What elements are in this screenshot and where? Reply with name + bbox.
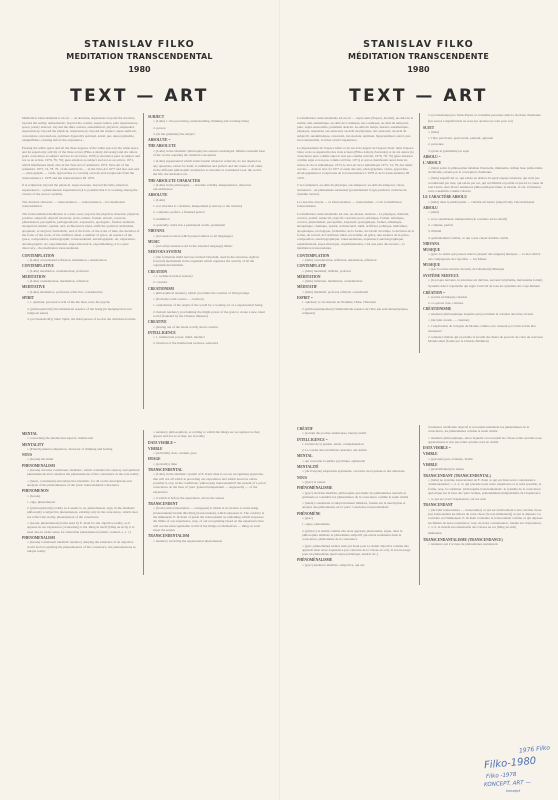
- english-bottom-col2: = tendency philosophical, according to w…: [148, 430, 266, 545]
- glossary-definition: 2. ce qui est créé, créature: [423, 301, 545, 305]
- glossary-definition: = (sortant des poches antérieures, laten…: [297, 431, 415, 435]
- paragraph: The absolute character — transcendence —…: [22, 200, 140, 209]
- glossary-definition: = 1. technical term (creation): [148, 274, 266, 278]
- glossary-list: CONTEMPLATION= (latin) concentration, ré…: [297, 254, 415, 316]
- glossary-definition: 2. (philosophiquement) l'immatérielle es…: [297, 307, 415, 316]
- glossary-definition: = (probablement) le temps: [423, 467, 545, 471]
- glossary-definition: = (Greek) the mind: [22, 457, 140, 461]
- glossary-definition: 1. non conditionné, indépendant (le cont…: [423, 217, 545, 221]
- column-rule: [143, 430, 144, 575]
- glossary-definition: = (latin) superficiel ce, qui existe en …: [423, 176, 545, 193]
- glossary-definition: = (latin) méditatif, profond, réfléchi, …: [297, 290, 415, 294]
- work-title: MÉDITATION TRANSCENDENTE: [279, 51, 558, 63]
- glossary-definition: 1. l'explication de l'origine du Monde c…: [423, 324, 545, 333]
- glossary-definition: 1. l'être percevant, apercevant, pensant…: [423, 136, 545, 140]
- glossary-definition: 2. personne: [423, 142, 545, 146]
- english-top-col2: SUBJECT= (Latin) 1. the perceiving, unde…: [148, 113, 266, 348]
- english-bottom-col1: MENTAL= concerning the intellectual aspe…: [22, 430, 140, 555]
- work-year: 1980: [279, 63, 558, 76]
- glossary-definition: 2. complete, perfect, a finished period: [148, 210, 266, 214]
- french-header: STANISLAV FILKO MÉDITATION TRANSCENDENTE…: [279, 38, 558, 106]
- glossary-definition: 2. function of the intellectual workers,…: [148, 341, 266, 345]
- definition-text: = tendency philosophical, according to w…: [148, 430, 266, 439]
- glossary-definition: = (du latin transcendere — transcender) …: [423, 508, 545, 529]
- glossary-definition: = (Greek) constituent idealistic tendenc…: [22, 540, 140, 553]
- glossary-definition: 2. (philosophically) reality as it seems…: [22, 506, 140, 519]
- glossary-definition: = (latin): [423, 210, 545, 214]
- column-rule: [143, 113, 144, 409]
- glossary-definition: 4. généralement valable, ce qui a une va…: [423, 236, 545, 240]
- french-bottom-col2: l'existence du Monde objectif et reconna…: [423, 425, 545, 548]
- definition-text: = tendance philosophique, selon laquelle…: [423, 436, 545, 445]
- intro-paragraphs-b: The transcendental meditation is a state…: [22, 212, 140, 251]
- glossary-term: DATA VISIBLE =: [148, 441, 266, 445]
- glossary-definition: 2. complet, parfait: [423, 223, 545, 227]
- paragraph: C'est sculpturel, au-delà du physique, s…: [297, 183, 415, 196]
- paragraph: La méditation transcendentale est un art…: [297, 116, 415, 142]
- author-name: STANISLAV FILKO: [0, 38, 279, 51]
- paragraph: It is sculptural, beyond the physical, s…: [22, 183, 140, 196]
- text-art-heading: TEXT — ART: [279, 86, 558, 106]
- glossary-definition: = (latest, constituent) and subjective-i…: [22, 479, 140, 488]
- glossary-definition: 2. tendance théiste qui proclame la facu…: [423, 335, 545, 344]
- english-header: STANISLAV FILKO MEDITATION TRANSCENDENTA…: [0, 38, 279, 106]
- french-bottom-col1: CRÉATIF= (sortant des poches antérieures…: [297, 425, 415, 569]
- glossary-definition: 3. unlimited: [148, 217, 266, 221]
- glossary-definition: 1. signe, phénomène: [297, 522, 415, 526]
- glossary-definition: = it which is before the experience, abo…: [148, 496, 266, 500]
- definition-text: l'existence du Monde objectif et reconna…: [423, 425, 545, 434]
- glossary-list: CRÉATIF= (sortant des poches antérieures…: [297, 427, 415, 567]
- paragraph: La méditation transcendentale est aux, a…: [297, 212, 415, 251]
- glossary-definition: = (Latin) supernatural which exists besi…: [148, 159, 266, 176]
- glossary-definition: 1. explanation of the origin of the worl…: [148, 303, 266, 307]
- column-rule: [419, 425, 420, 585]
- glossary-definition: Système dans l'organisme qui règle l'act…: [423, 284, 545, 288]
- glossary-definition: = (grec): [297, 516, 415, 520]
- glossary-definition: = (Latin): [148, 198, 266, 202]
- glossary-definition: = (the formation mind nervous formed lab…: [148, 255, 266, 268]
- glossary-definition: = ce qui est avant l'expérience, sur les…: [423, 497, 545, 501]
- column-rule: [419, 113, 420, 353]
- glossary-definition: 4. generally valid, has a permanent wort…: [148, 223, 266, 227]
- text-art-heading: TEXT — ART: [0, 86, 279, 106]
- glossary-definition: 2. la couche des travailleurs instruits,…: [297, 448, 415, 452]
- glossary-list: DATA VISIBLE =VISIBLE= (in Polish) clear…: [148, 441, 266, 543]
- glossary-definition: = 1. spiritual, personal world of the th…: [22, 300, 140, 304]
- glossary-definition: = (latin) dans la philosophie — validité…: [423, 200, 545, 204]
- glossary-definition: = (latin) selon la philosophie idéaliste…: [423, 166, 545, 175]
- glossary-list: CONTEMPLATION= (Latin) concentrated refl…: [22, 254, 140, 322]
- glossary-definition: = (arising out of the latent world) abou…: [148, 325, 266, 329]
- glossary-definition: 2. creature: [148, 280, 266, 284]
- glossary-definition: 1. (terme technique) création: [423, 295, 545, 299]
- paragraph: Le caractère absolu — la transcendance —…: [297, 200, 415, 209]
- glossary-definition: = (du français) adaptation spirituelle, …: [297, 469, 415, 473]
- glossary-definition: = (Greek): [22, 494, 140, 498]
- glossary-definition: = (Latin) consideration, meditation, ref…: [22, 279, 140, 283]
- glossary-definition: = (latin) au système transcendant de E. …: [423, 478, 545, 495]
- glossary-definition: = (Greek, phenomenon) terms used by E. K…: [22, 521, 140, 534]
- glossary-definition: = (polonais) pur, évidente, lisible: [423, 457, 545, 461]
- paragraph: Passing the white space and all the thre…: [22, 146, 140, 180]
- glossary-definition: = (latin) méditatif, réfléchi, profond: [297, 269, 415, 273]
- glossary-definition: = concerning the intellectual aspects, i…: [22, 436, 140, 440]
- glossary-definition: = tendency recurring the supernatural ph…: [148, 539, 266, 543]
- glossary-definition: = tendance philosophique laquelle qui pr…: [423, 312, 545, 316]
- english-top-col1: Meditation transcendental is an art — an…: [22, 113, 140, 324]
- glossary-definition: = (from Latin transcendere — transgress)…: [148, 506, 266, 532]
- glossary-definition: = (Latin) meditative, consideration, pro…: [22, 269, 140, 273]
- glossary-definition: 2. (philos.) la réalité comme elle nous …: [297, 529, 415, 542]
- signature-subnote: konzept: [506, 789, 520, 793]
- glossary-list: MENTAL= concerning the intellectual aspe…: [22, 432, 140, 553]
- french-top-col1: La méditation transcendentale est un art…: [297, 113, 415, 317]
- glossary-definition: 3. (ecclesiastically) Saint Spirit, the …: [22, 317, 140, 321]
- glossary-definition: 1. spirituel, le vie interne de l'homme,…: [297, 300, 415, 304]
- glossary-definition: = (Latin) in the philosophy — absolute v…: [148, 183, 266, 192]
- intro-paragraphs-b: La méditation transcendentale est aux, a…: [297, 212, 415, 251]
- glossary-definition: = (du latin creatio — création): [423, 318, 545, 322]
- glossary-definition: = (latin): [423, 130, 545, 134]
- glossary-definition: 3. (dans la grammaire) le sujet: [423, 149, 545, 153]
- glossary-definition: = (Greek) doctrine constituent, idealist…: [22, 468, 140, 477]
- glossary-definition: = (grec) tendance idéaliste, subjective,…: [297, 563, 415, 567]
- glossary-definition: 2. theistic tendency proclaiming the mig…: [148, 310, 266, 319]
- glossary-definition: 1. sign, phenomenon: [22, 500, 140, 504]
- glossary-definition: = 1. intellectual power, mind, intellect: [148, 335, 266, 339]
- author-name: STANISLAV FILKO: [279, 38, 558, 51]
- glossary-definition: (les sacres à signification ne sont pas …: [423, 119, 545, 123]
- glossary-term: DATA VISIBLE =: [423, 446, 545, 450]
- intro-paragraphs: Meditation transcendental is an art — an…: [22, 116, 140, 208]
- glossary-definition: 2. (philosophically) the immaterial esse…: [22, 307, 140, 316]
- glossary-definition: 3. illimité: [423, 229, 545, 233]
- glossary-definition: = (latin) concentration, réflexion, médi…: [297, 258, 415, 262]
- glossary-list: SUBJECT= (Latin) 1. the perceiving, unde…: [148, 115, 266, 346]
- glossary-definition: = (in Polish) clear, evident, pure: [148, 451, 266, 455]
- glossary-list: DATA VISIBLE =VISIBLE= (polonais) pur, é…: [423, 446, 545, 546]
- glossary-definition: = qui concerne la sphère psychique, spir…: [297, 459, 415, 463]
- glossary-term: NIRVANA: [423, 242, 545, 246]
- glossary-definition: = philosophical tendency which proclaims…: [148, 291, 266, 295]
- work-title: MEDITATION TRANSCENDENTAL: [0, 51, 279, 63]
- glossary-definition: 2. person: [148, 126, 266, 130]
- glossary-definition: = tendance qui s'occupe de phénomènes su…: [423, 542, 545, 546]
- glossary-definition: = (from the Latin creatio — creation): [148, 297, 266, 301]
- glossary-definition: = (latin) réflexion, méditation, considé…: [297, 279, 415, 283]
- french-top-col2: 3. (ecclésiastique) le Saint-Esprit, la …: [423, 113, 545, 345]
- glossary-definition: immanent: [423, 531, 545, 535]
- paragraph: Le dépassement de l'espace blanc et de s…: [297, 146, 415, 180]
- glossary-definition: 3. (ecclésiastique) le Saint-Esprit, la …: [423, 113, 545, 117]
- glossary-definition: = (grec) la raison: [297, 480, 415, 484]
- paragraph: The transcendental meditation is a state…: [22, 212, 140, 251]
- glossary-definition: = (probably) time: [148, 462, 266, 466]
- glossary-definition: 1. faculté de la pensée, talent, compréh…: [297, 442, 415, 446]
- glossary-definition: = (Latin) in the idealistic system of E.…: [148, 472, 266, 493]
- work-year: 1980: [0, 63, 279, 76]
- english-panel: STANISLAV FILKO MEDITATION TRANSCENDENTA…: [0, 0, 279, 800]
- french-panel: STANISLAV FILKO MÉDITATION TRANSCENDENTE…: [279, 0, 558, 800]
- glossary-definition: 1. not attached to condition, independen…: [148, 204, 266, 208]
- glossary-definition: = (Latin) concentrated reflexion, medita…: [22, 258, 140, 262]
- glossary-definition: = (grec) doctrine idéaliste, philosophie…: [297, 491, 415, 500]
- intro-paragraphs: La méditation transcendentale est un art…: [297, 116, 415, 208]
- glossary-list: 3. (ecclésiastique) le Saint-Esprit, la …: [423, 113, 545, 343]
- glossary-definition: = (French) mental adaptation, character …: [22, 447, 140, 451]
- glossary-definition: = (par la racine dérivée du latin, de l'…: [423, 267, 545, 271]
- paragraph: Meditation transcendental is an art — an…: [22, 116, 140, 142]
- glossary-definition: = (le propre nerveux, la structure est d…: [423, 278, 545, 282]
- glossary-definition: = (in Greek location which passed almost…: [148, 234, 266, 238]
- glossary-definition: = (Latin) 1. the perceiving, understandi…: [148, 119, 266, 123]
- glossary-definition: = (Latin) meditative, profound, reflecti…: [22, 290, 140, 294]
- glossary-definition: = (Latin) in the idealistic philosophy t…: [148, 149, 266, 158]
- glossary-definition: = (grec, phénomène) termes usés par Kant…: [297, 544, 415, 557]
- glossary-definition: = (grec, le terme qui passera dans la pl…: [423, 252, 545, 261]
- glossary-definition: = (in Latin) German word in the standard…: [148, 244, 266, 248]
- glossary-definition: 3. (in the grammar) the subject: [148, 132, 266, 136]
- glossary-definition: = (latent) constituant et subjectivement…: [297, 501, 415, 510]
- glossary-term: ABSOLUTE =: [148, 138, 266, 142]
- glossary-term: ABSOLU =: [423, 155, 545, 159]
